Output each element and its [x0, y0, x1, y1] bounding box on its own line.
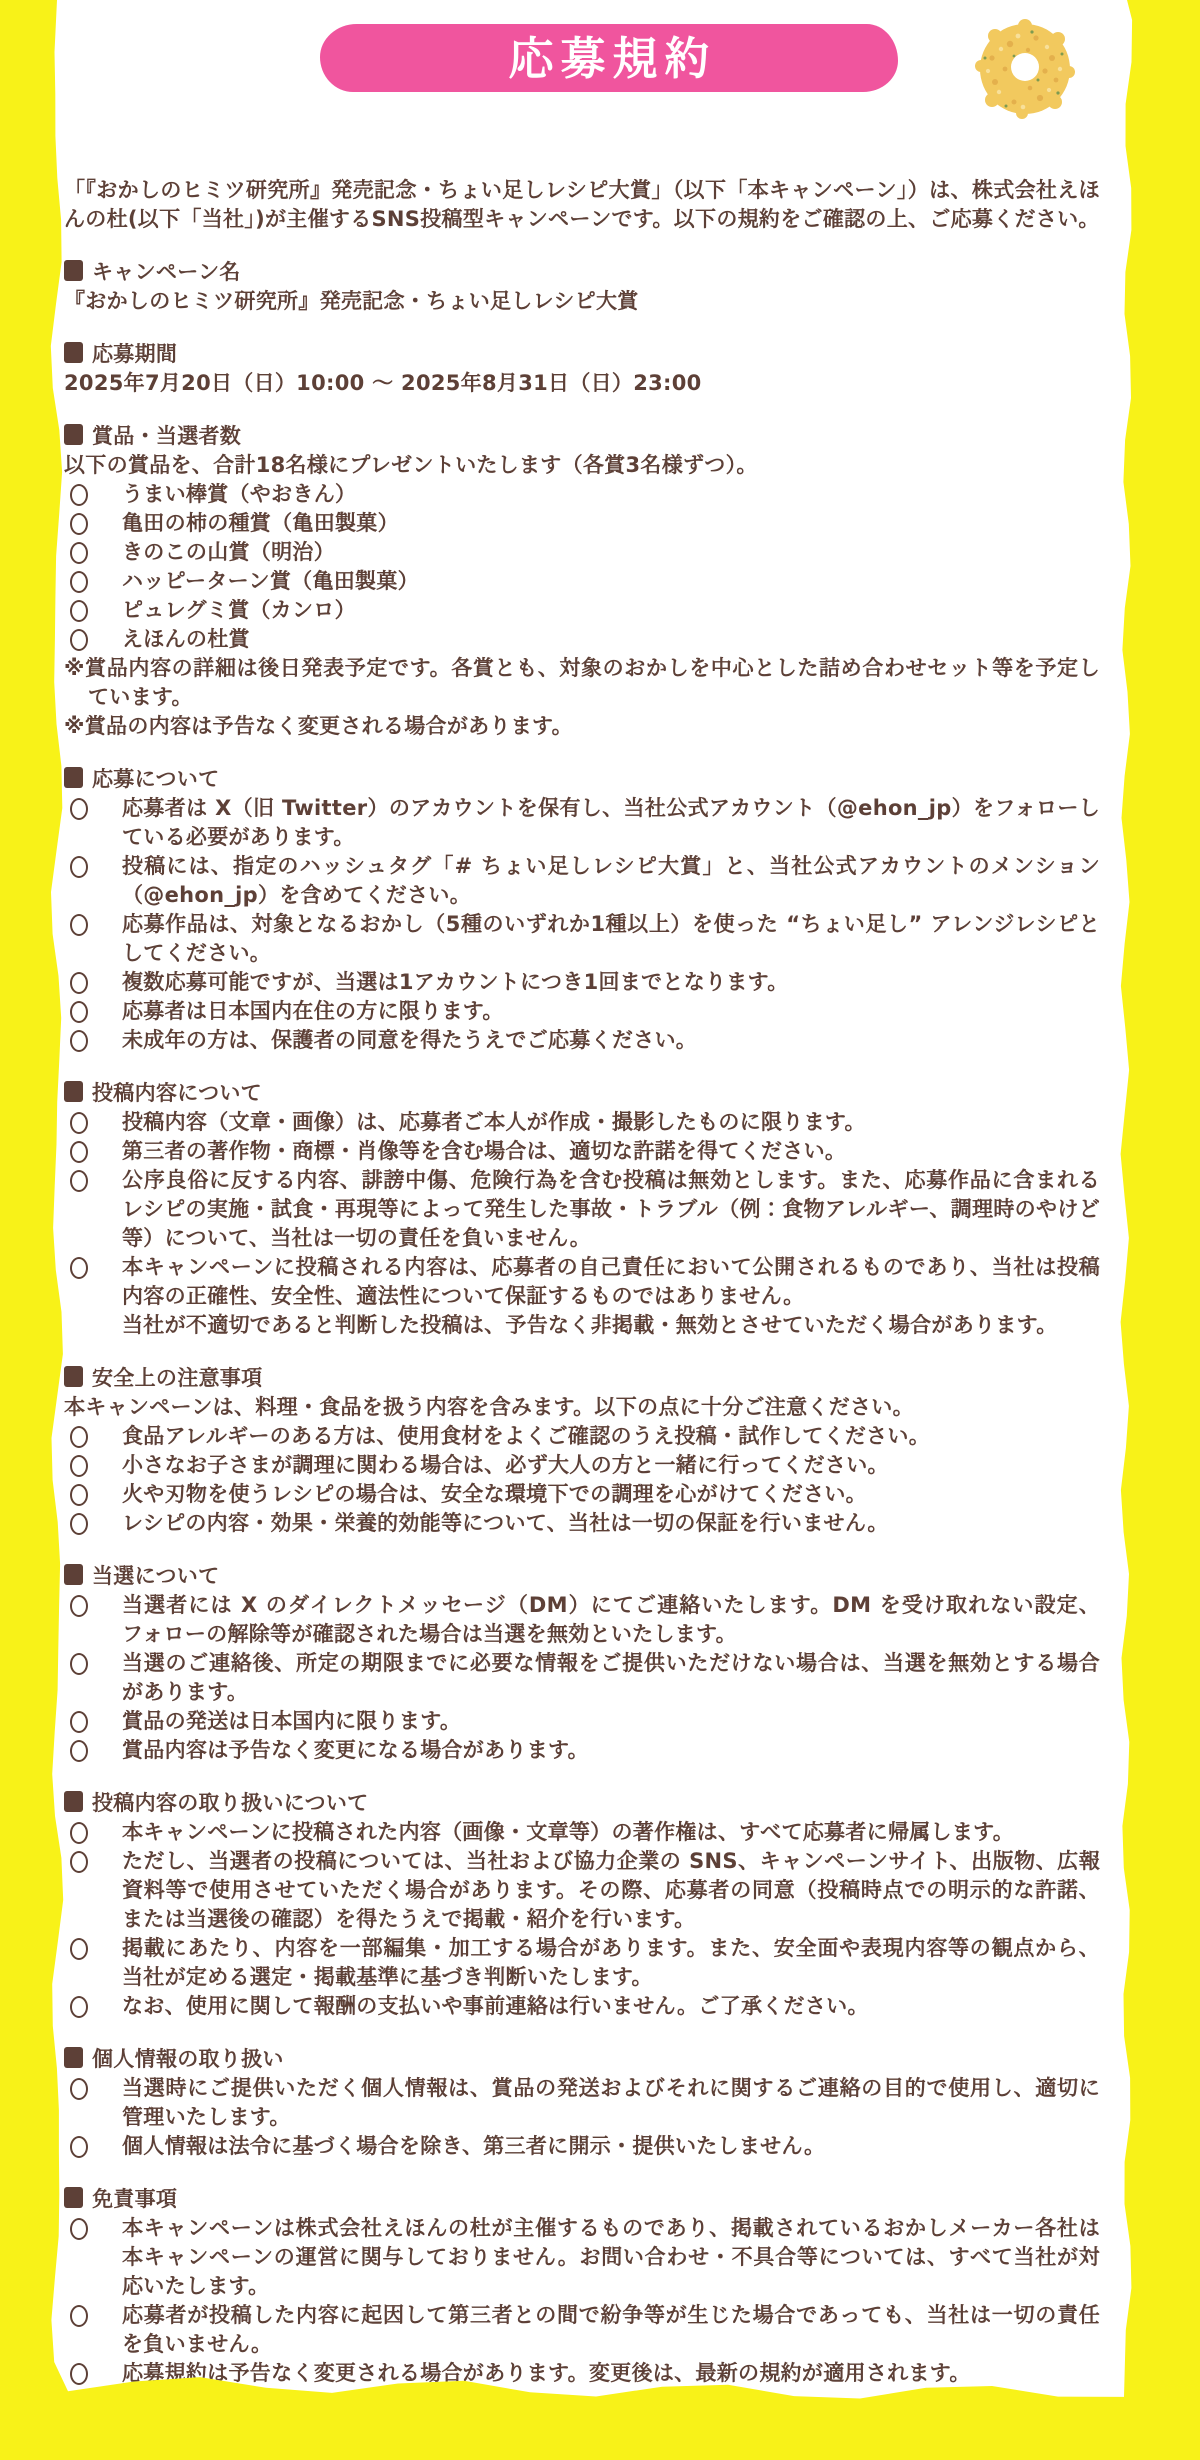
circle-bullet-icon: [70, 914, 88, 936]
bullet-text: きのこの山賞（明治）: [122, 538, 1100, 567]
bullet-item: ピュレグミ賞（カンロ）: [64, 596, 1100, 625]
page-title-banner: 応募規約: [320, 24, 898, 92]
bullet-text: 火や刃物を使うレシピの場合は、安全な環境下での調理を心がけてください。: [122, 1480, 1100, 1509]
bullet-item: 複数応募可能ですが、当選は1アカウントにつき1回までとなります。: [64, 968, 1100, 997]
bullet-text: 当選のご連絡後、所定の期限までに必要な情報をご提供いただけない場合は、当選を無効…: [122, 1649, 1100, 1707]
bullet-text: 応募規約は予告なく変更される場合があります。変更後は、最新の規約が適用されます。: [122, 2359, 1100, 2388]
bullet-item: 当選者には X のダイレクトメッセージ（DM）にてご連絡いたします。DM を受け…: [64, 1591, 1100, 1649]
bullet-item: 亀田の柿の種賞（亀田製菓）: [64, 509, 1100, 538]
section-title: 応募について: [92, 767, 219, 791]
bullet-item: 応募規約は予告なく変更される場合があります。変更後は、最新の規約が適用されます。: [64, 2359, 1100, 2388]
circle-bullet-icon: [70, 629, 88, 651]
bullet-item: 当選のご連絡後、所定の期限までに必要な情報をご提供いただけない場合は、当選を無効…: [64, 1649, 1100, 1707]
bullet-item: 本キャンペーンに投稿される内容は、応募者の自己責任において公開されるものであり、…: [64, 1253, 1100, 1340]
circle-bullet-icon: [70, 1711, 88, 1733]
bullet-text: 掲載にあたり、内容を一部編集・加工する場合があります。また、安全面や表現内容等の…: [122, 1934, 1100, 1992]
bullet-item: 食品アレルギーのある方は、使用食材をよくご確認のうえ投稿・試作してください。: [64, 1422, 1100, 1451]
terms-section: 安全上の注意事項本キャンペーンは、料理・食品を扱う内容を含みます。以下の点に十分…: [64, 1364, 1100, 1538]
square-icon: [64, 424, 83, 445]
bullet-item: 投稿内容（文章・画像）は、応募者ご本人が作成・撮影したものに限ります。: [64, 1108, 1100, 1137]
bullet-item: 賞品の発送は日本国内に限ります。: [64, 1707, 1100, 1736]
circle-bullet-icon: [70, 1513, 88, 1535]
ring-snack-icon: [970, 14, 1080, 124]
section-lead-paragraph: 本キャンペーンは、料理・食品を扱う内容を含みます。以下の点に十分ご注意ください。: [64, 1393, 1100, 1422]
bullet-text: 亀田の柿の種賞（亀田製菓）: [122, 509, 1100, 538]
section-title: キャンペーン名: [92, 260, 241, 284]
terms-section: 個人情報の取り扱い当選時にご提供いただく個人情報は、賞品の発送およびそれに関する…: [64, 2045, 1100, 2161]
section-header: キャンペーン名: [64, 258, 1100, 287]
circle-bullet-icon: [70, 1455, 88, 1477]
section-header: 当選について: [64, 1562, 1100, 1591]
terms-card: 応募規約 「『おかしのヒミツ研究所』発売記念・ちょい足しレシピ大: [50, 0, 1134, 2402]
circle-bullet-icon: [70, 798, 88, 820]
terms-section: 賞品・当選者数以下の賞品を、合計18名様にプレゼントいたします（各賞3名様ずつ）…: [64, 422, 1100, 741]
bullet-text: 個人情報は法令に基づく場合を除き、第三者に開示・提供いたしません。: [122, 2132, 1100, 2161]
circle-bullet-icon: [70, 1996, 88, 2018]
square-icon: [64, 260, 83, 281]
bullet-item: 火や刃物を使うレシピの場合は、安全な環境下での調理を心がけてください。: [64, 1480, 1100, 1509]
circle-bullet-icon: [70, 2136, 88, 2158]
bullet-text: 複数応募可能ですが、当選は1アカウントにつき1回までとなります。: [122, 968, 1100, 997]
bullet-text: ただし、当選者の投稿については、当社および協力企業の SNS、キャンペーンサイト…: [122, 1847, 1100, 1934]
section-header: 投稿内容について: [64, 1079, 1100, 1108]
circle-bullet-icon: [70, 1257, 88, 1279]
square-icon: [64, 767, 83, 788]
bullet-item: 第三者の著作物・商標・肖像等を含む場合は、適切な許諾を得てください。: [64, 1137, 1100, 1166]
circle-bullet-icon: [70, 571, 88, 593]
bullet-item: 応募者は日本国内在住の方に限ります。: [64, 997, 1100, 1026]
circle-bullet-icon: [70, 1141, 88, 1163]
bullet-text: レシピの内容・効果・栄養的効能等について、当社は一切の保証を行いません。: [122, 1509, 1100, 1538]
bullet-item: 公序良俗に反する内容、誹謗中傷、危険行為を含む投稿は無効とします。また、応募作品…: [64, 1166, 1100, 1253]
section-title: 投稿内容の取り扱いについて: [92, 1791, 368, 1815]
bullet-text: 投稿には、指定のハッシュタグ「# ちょい足しレシピ大賞」と、当社公式アカウントの…: [122, 852, 1100, 910]
circle-bullet-icon: [70, 2305, 88, 2327]
circle-bullet-icon: [70, 2363, 88, 2385]
circle-bullet-icon: [70, 2218, 88, 2240]
circle-bullet-icon: [70, 1851, 88, 1873]
bullet-item: 掲載にあたり、内容を一部編集・加工する場合があります。また、安全面や表現内容等の…: [64, 1934, 1100, 1992]
bullet-text: 未成年の方は、保護者の同意を得たうえでご応募ください。: [122, 1026, 1100, 1055]
bullet-item: 本キャンペーンは株式会社えほんの杜が主催するものであり、掲載されているおかしメー…: [64, 2214, 1100, 2301]
bullet-item: 応募作品は、対象となるおかし（5種のいずれか1種以上）を使った “ちょい足し” …: [64, 910, 1100, 968]
circle-bullet-icon: [70, 1030, 88, 1052]
circle-bullet-icon: [70, 1001, 88, 1023]
circle-bullet-icon: [70, 2078, 88, 2100]
square-icon: [64, 342, 83, 363]
note-item: ※賞品内容の詳細は後日発表予定です。各賞とも、対象のおかしを中心とした詰め合わせ…: [64, 654, 1100, 712]
bullet-text: ピュレグミ賞（カンロ）: [122, 596, 1100, 625]
section-header: 免責事項: [64, 2185, 1100, 2214]
bullet-text: 小さなお子さまが調理に関わる場合は、必ず大人の方と一緒に行ってください。: [122, 1451, 1100, 1480]
bullet-item: なお、使用に関して報酬の支払いや事前連絡は行いません。ご了承ください。: [64, 1992, 1100, 2021]
terms-section: 当選について当選者には X のダイレクトメッセージ（DM）にてご連絡いたします。…: [64, 1562, 1100, 1765]
circle-bullet-icon: [70, 1112, 88, 1134]
bullet-text: 賞品の発送は日本国内に限ります。: [122, 1707, 1100, 1736]
bullet-item: 本キャンペーンに投稿された内容（画像・文章等）の著作権は、すべて応募者に帰属しま…: [64, 1818, 1100, 1847]
terms-section: 投稿内容について投稿内容（文章・画像）は、応募者ご本人が作成・撮影したものに限り…: [64, 1079, 1100, 1340]
bullet-text: 第三者の著作物・商標・肖像等を含む場合は、適切な許諾を得てください。: [122, 1137, 1100, 1166]
section-title: 個人情報の取り扱い: [92, 2047, 284, 2071]
circle-bullet-icon: [70, 1484, 88, 1506]
terms-section: 免責事項本キャンペーンは株式会社えほんの杜が主催するものであり、掲載されているお…: [64, 2185, 1100, 2388]
square-icon: [64, 2047, 83, 2068]
square-icon: [64, 2187, 83, 2208]
bullet-text: 当選者には X のダイレクトメッセージ（DM）にてご連絡いたします。DM を受け…: [122, 1591, 1100, 1649]
bullet-item: 投稿には、指定のハッシュタグ「# ちょい足しレシピ大賞」と、当社公式アカウントの…: [64, 852, 1100, 910]
bullet-item: きのこの山賞（明治）: [64, 538, 1100, 567]
bullet-item: ただし、当選者の投稿については、当社および協力企業の SNS、キャンペーンサイト…: [64, 1847, 1100, 1934]
bullet-text: 本キャンペーンに投稿された内容（画像・文章等）の著作権は、すべて応募者に帰属しま…: [122, 1818, 1100, 1847]
section-title: 賞品・当選者数: [92, 424, 241, 448]
section-lead-paragraph: 2025年7月20日（日）10:00 ～ 2025年8月31日（日）23:00: [64, 369, 1100, 398]
square-icon: [64, 1564, 83, 1585]
section-lead-paragraph: 『おかしのヒミツ研究所』発売記念・ちょい足しレシピ大賞: [64, 287, 1100, 316]
section-title: 投稿内容について: [92, 1081, 262, 1105]
circle-bullet-icon: [70, 542, 88, 564]
circle-bullet-icon: [70, 513, 88, 535]
section-header: 応募について: [64, 765, 1100, 794]
section-title: 免責事項: [92, 2187, 177, 2211]
bullet-text: なお、使用に関して報酬の支払いや事前連絡は行いません。ご了承ください。: [122, 1992, 1100, 2021]
bullet-text: 応募者は日本国内在住の方に限ります。: [122, 997, 1100, 1026]
section-header: 応募期間: [64, 340, 1100, 369]
square-icon: [64, 1081, 83, 1102]
bullet-text: 賞品内容は予告なく変更になる場合があります。: [122, 1736, 1100, 1765]
note-item: ※賞品の内容は予告なく変更される場合があります。: [64, 712, 1100, 741]
bullet-item: うまい棒賞（やおきん）: [64, 480, 1100, 509]
terms-section: 応募について応募者は X（旧 Twitter）のアカウントを保有し、当社公式アカ…: [64, 765, 1100, 1055]
section-header: 投稿内容の取り扱いについて: [64, 1789, 1100, 1818]
bullet-item: 小さなお子さまが調理に関わる場合は、必ず大人の方と一緒に行ってください。: [64, 1451, 1100, 1480]
circle-bullet-icon: [70, 972, 88, 994]
bullet-item: えほんの杜賞: [64, 625, 1100, 654]
circle-bullet-icon: [70, 1170, 88, 1192]
bullet-item: 応募者が投稿した内容に起因して第三者との間で紛争等が生じた場合であっても、当社は…: [64, 2301, 1100, 2359]
bullet-text: ハッピーターン賞（亀田製菓）: [122, 567, 1100, 596]
section-title: 当選について: [92, 1564, 219, 1588]
terms-sections: キャンペーン名『おかしのヒミツ研究所』発売記念・ちょい足しレシピ大賞応募期間20…: [64, 258, 1100, 2388]
bullet-text: 食品アレルギーのある方は、使用食材をよくご確認のうえ投稿・試作してください。: [122, 1422, 1100, 1451]
circle-bullet-icon: [70, 1938, 88, 1960]
terms-section: 投稿内容の取り扱いについて本キャンペーンに投稿された内容（画像・文章等）の著作権…: [64, 1789, 1100, 2021]
bullet-item: ハッピーターン賞（亀田製菓）: [64, 567, 1100, 596]
bullet-text: 本キャンペーンは株式会社えほんの杜が主催するものであり、掲載されているおかしメー…: [122, 2214, 1100, 2301]
page-title: 応募規約: [501, 36, 716, 81]
section-header: 賞品・当選者数: [64, 422, 1100, 451]
circle-bullet-icon: [70, 484, 88, 506]
circle-bullet-icon: [70, 1426, 88, 1448]
bullet-text: 応募作品は、対象となるおかし（5種のいずれか1種以上）を使った “ちょい足し” …: [122, 910, 1100, 968]
bullet-text: 公序良俗に反する内容、誹謗中傷、危険行為を含む投稿は無効とします。また、応募作品…: [122, 1166, 1100, 1253]
bullet-item: 個人情報は法令に基づく場合を除き、第三者に開示・提供いたしません。: [64, 2132, 1100, 2161]
circle-bullet-icon: [70, 856, 88, 878]
terms-section: キャンペーン名『おかしのヒミツ研究所』発売記念・ちょい足しレシピ大賞: [64, 258, 1100, 316]
circle-bullet-icon: [70, 1740, 88, 1762]
bullet-text: 当選時にご提供いただく個人情報は、賞品の発送およびそれに関するご連絡の目的で使用…: [122, 2074, 1100, 2132]
bullet-item: 応募者は X（旧 Twitter）のアカウントを保有し、当社公式アカウント（@e…: [64, 794, 1100, 852]
bullet-item: レシピの内容・効果・栄養的効能等について、当社は一切の保証を行いません。: [64, 1509, 1100, 1538]
circle-bullet-icon: [70, 1822, 88, 1844]
circle-bullet-icon: [70, 1653, 88, 1675]
bullet-item: 未成年の方は、保護者の同意を得たうえでご応募ください。: [64, 1026, 1100, 1055]
bullet-text: 応募者が投稿した内容に起因して第三者との間で紛争等が生じた場合であっても、当社は…: [122, 2301, 1100, 2359]
section-lead-paragraph: 以下の賞品を、合計18名様にプレゼントいたします（各賞3名様ずつ）。: [64, 451, 1100, 480]
terms-section: 応募期間2025年7月20日（日）10:00 ～ 2025年8月31日（日）23…: [64, 340, 1100, 398]
circle-bullet-icon: [70, 600, 88, 622]
bullet-text: うまい棒賞（やおきん）: [122, 480, 1100, 509]
square-icon: [64, 1791, 83, 1812]
section-title: 応募期間: [92, 342, 177, 366]
terms-content: 「『おかしのヒミツ研究所』発売記念・ちょい足しレシピ大賞」（以下「本キャンペーン…: [64, 176, 1100, 2388]
intro-paragraph: 「『おかしのヒミツ研究所』発売記念・ちょい足しレシピ大賞」（以下「本キャンペーン…: [64, 176, 1100, 234]
bullet-item: 当選時にご提供いただく個人情報は、賞品の発送およびそれに関するご連絡の目的で使用…: [64, 2074, 1100, 2132]
section-title: 安全上の注意事項: [92, 1366, 262, 1390]
bullet-item: 賞品内容は予告なく変更になる場合があります。: [64, 1736, 1100, 1765]
square-icon: [64, 1366, 83, 1387]
bullet-text: 投稿内容（文章・画像）は、応募者ご本人が作成・撮影したものに限ります。: [122, 1108, 1100, 1137]
bullet-text: 本キャンペーンに投稿される内容は、応募者の自己責任において公開されるものであり、…: [122, 1253, 1100, 1340]
bullet-text: えほんの杜賞: [122, 625, 1100, 654]
circle-bullet-icon: [70, 1595, 88, 1617]
section-header: 個人情報の取り扱い: [64, 2045, 1100, 2074]
bullet-text: 応募者は X（旧 Twitter）のアカウントを保有し、当社公式アカウント（@e…: [122, 794, 1100, 852]
section-header: 安全上の注意事項: [64, 1364, 1100, 1393]
